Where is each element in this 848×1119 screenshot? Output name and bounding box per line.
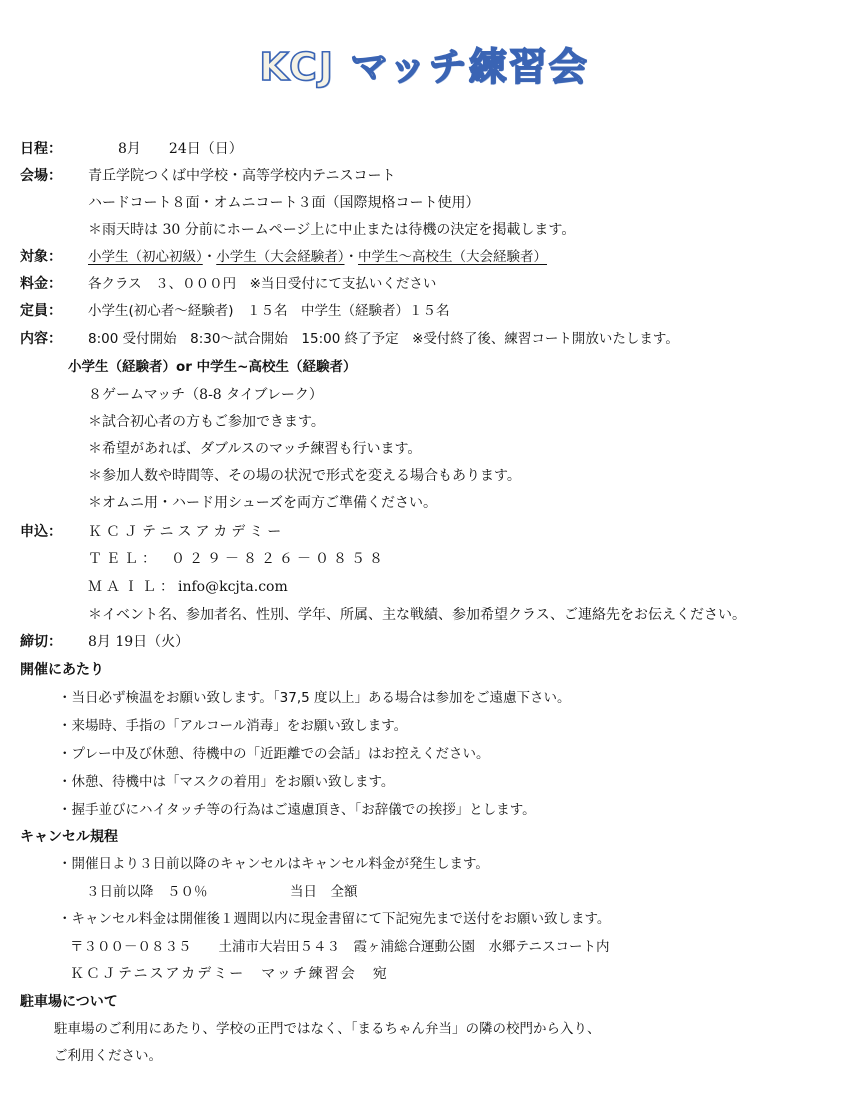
parking-text: ご利用ください。 xyxy=(54,1045,162,1067)
page-title: KCJ マッチ練習会 xyxy=(0,36,848,91)
schedule-label: 日程： xyxy=(20,138,62,160)
rate-3days: ３日前以降 ５０％ xyxy=(86,881,208,903)
mail-label: ＭＡＩＬ： xyxy=(88,579,178,595)
application-label: 申込： xyxy=(20,521,62,543)
cancellation-text: ・開催日より３日前以降のキャンセルはキャンセル料金が発生します。 xyxy=(58,853,489,875)
target-list: 小学生（初心初級）・小学生（大会経験者）・中学生～高校生（大会経験者） xyxy=(88,246,557,268)
rate-same-day: 当日 全額 xyxy=(290,881,358,903)
fee-value: 各クラス ３、０００円 ※当日受付にて支払いください xyxy=(88,273,436,295)
capacity-label: 定員： xyxy=(20,300,62,322)
cancellation-heading: キャンセル規程 xyxy=(20,826,118,848)
fee-label: 料金： xyxy=(20,273,62,295)
application-org: ＫＣＪテニスアカデミー xyxy=(88,521,285,543)
guideline-text: ・来場時、手指の「アルコール消毒」をお願い致します。 xyxy=(58,715,407,737)
guidelines-heading: 開催にあたり xyxy=(20,659,104,681)
content-line: ＊希望があれば、ダブルスのマッチ練習も行います。 xyxy=(88,438,421,460)
venue-line: ハードコート８面・オムニコート３面（国際規格コート使用） xyxy=(88,192,479,214)
venue-line: 青丘学院つくば中学校・高等学校内テニスコート xyxy=(88,165,395,187)
separator: ・ xyxy=(345,249,359,265)
application-note: ＊イベント名、参加者名、性別、学年、所属、主な戦績、参加希望クラス、ご連絡先をお… xyxy=(88,604,746,626)
target-item: 中学生～高校生（大会経験者） xyxy=(358,249,557,265)
guideline-text: ・当日必ず検温をお願い致します。「37,5 度以上」ある場合は参加をご遠慮下さい… xyxy=(58,687,571,709)
application-tel: ＴＥＬ： ０２９－８２６－０８５８ xyxy=(88,548,387,570)
deadline-label: 締切： xyxy=(20,631,62,653)
content-subheading: 小学生（経験者）or 中学生~高校生（経験者） xyxy=(68,356,356,378)
target-item: 小学生（大会経験者） xyxy=(216,249,344,265)
content-line: ＊試合初心者の方もご参加できます。 xyxy=(88,411,325,433)
content-value: 8:00 受付開始 8:30～試合開始 15:00 終了予定 ※受付終了後、練習… xyxy=(88,328,679,350)
guideline-text: ・プレー中及び休憩、待機中の「近距離での会話」はお控えください。 xyxy=(58,743,489,765)
guideline-text: ・休憩、待機中は「マスクの着用」をお願い致します。 xyxy=(58,771,394,793)
mail-line: ＭＡＩＬ：info@kcjta.com xyxy=(88,576,288,598)
target-item: 小学生（初心初級） xyxy=(88,249,203,265)
schedule-value: 8月 24日（日） xyxy=(118,138,243,160)
content-line: ＊オムニ用・ハード用シューズを両方ご準備ください。 xyxy=(88,492,437,514)
address-text: 〒３００－０８３５ 土浦市大岩田５４３ 霞ヶ浦総合運動公園 水郷テニスコート内 xyxy=(70,936,609,958)
venue-label: 会場： xyxy=(20,165,62,187)
guideline-text: ・握手並びにハイタッチ等の行為はご遠慮頂き、「お辞儀での挨拶」とします。 xyxy=(58,799,536,821)
separator: ・ xyxy=(203,249,217,265)
cancellation-text: ・キャンセル料金は開催後１週間以内に現金書留にて下記宛先まで送付をお願い致します… xyxy=(58,908,610,930)
capacity-value: 小学生(初心者～経験者) １５名 中学生（経験者）１５名 xyxy=(88,300,450,322)
venue-note: ＊雨天時は 30 分前にホームページ上に中止または待機の決定を掲載します。 xyxy=(88,219,575,241)
deadline-value: 8月 19日（火） xyxy=(88,631,189,653)
content-label: 内容： xyxy=(20,328,62,350)
target-label: 対象： xyxy=(20,246,62,268)
content-line: ＊参加人数や時間等、その場の状況で形式を変える場合もあります。 xyxy=(88,465,521,487)
parking-heading: 駐車場について xyxy=(20,991,118,1013)
recipient-text: ＫＣＪテニスアカデミー マッチ練習会 宛 xyxy=(70,963,389,985)
mail-link[interactable]: info@kcjta.com xyxy=(178,579,288,595)
parking-text: 駐車場のご利用にあたり、学校の正門ではなく、「まるちゃん弁当」の隣の校門から入り… xyxy=(54,1018,600,1040)
content-line: ８ゲームマッチ（8-8 タイブレーク） xyxy=(88,384,323,406)
